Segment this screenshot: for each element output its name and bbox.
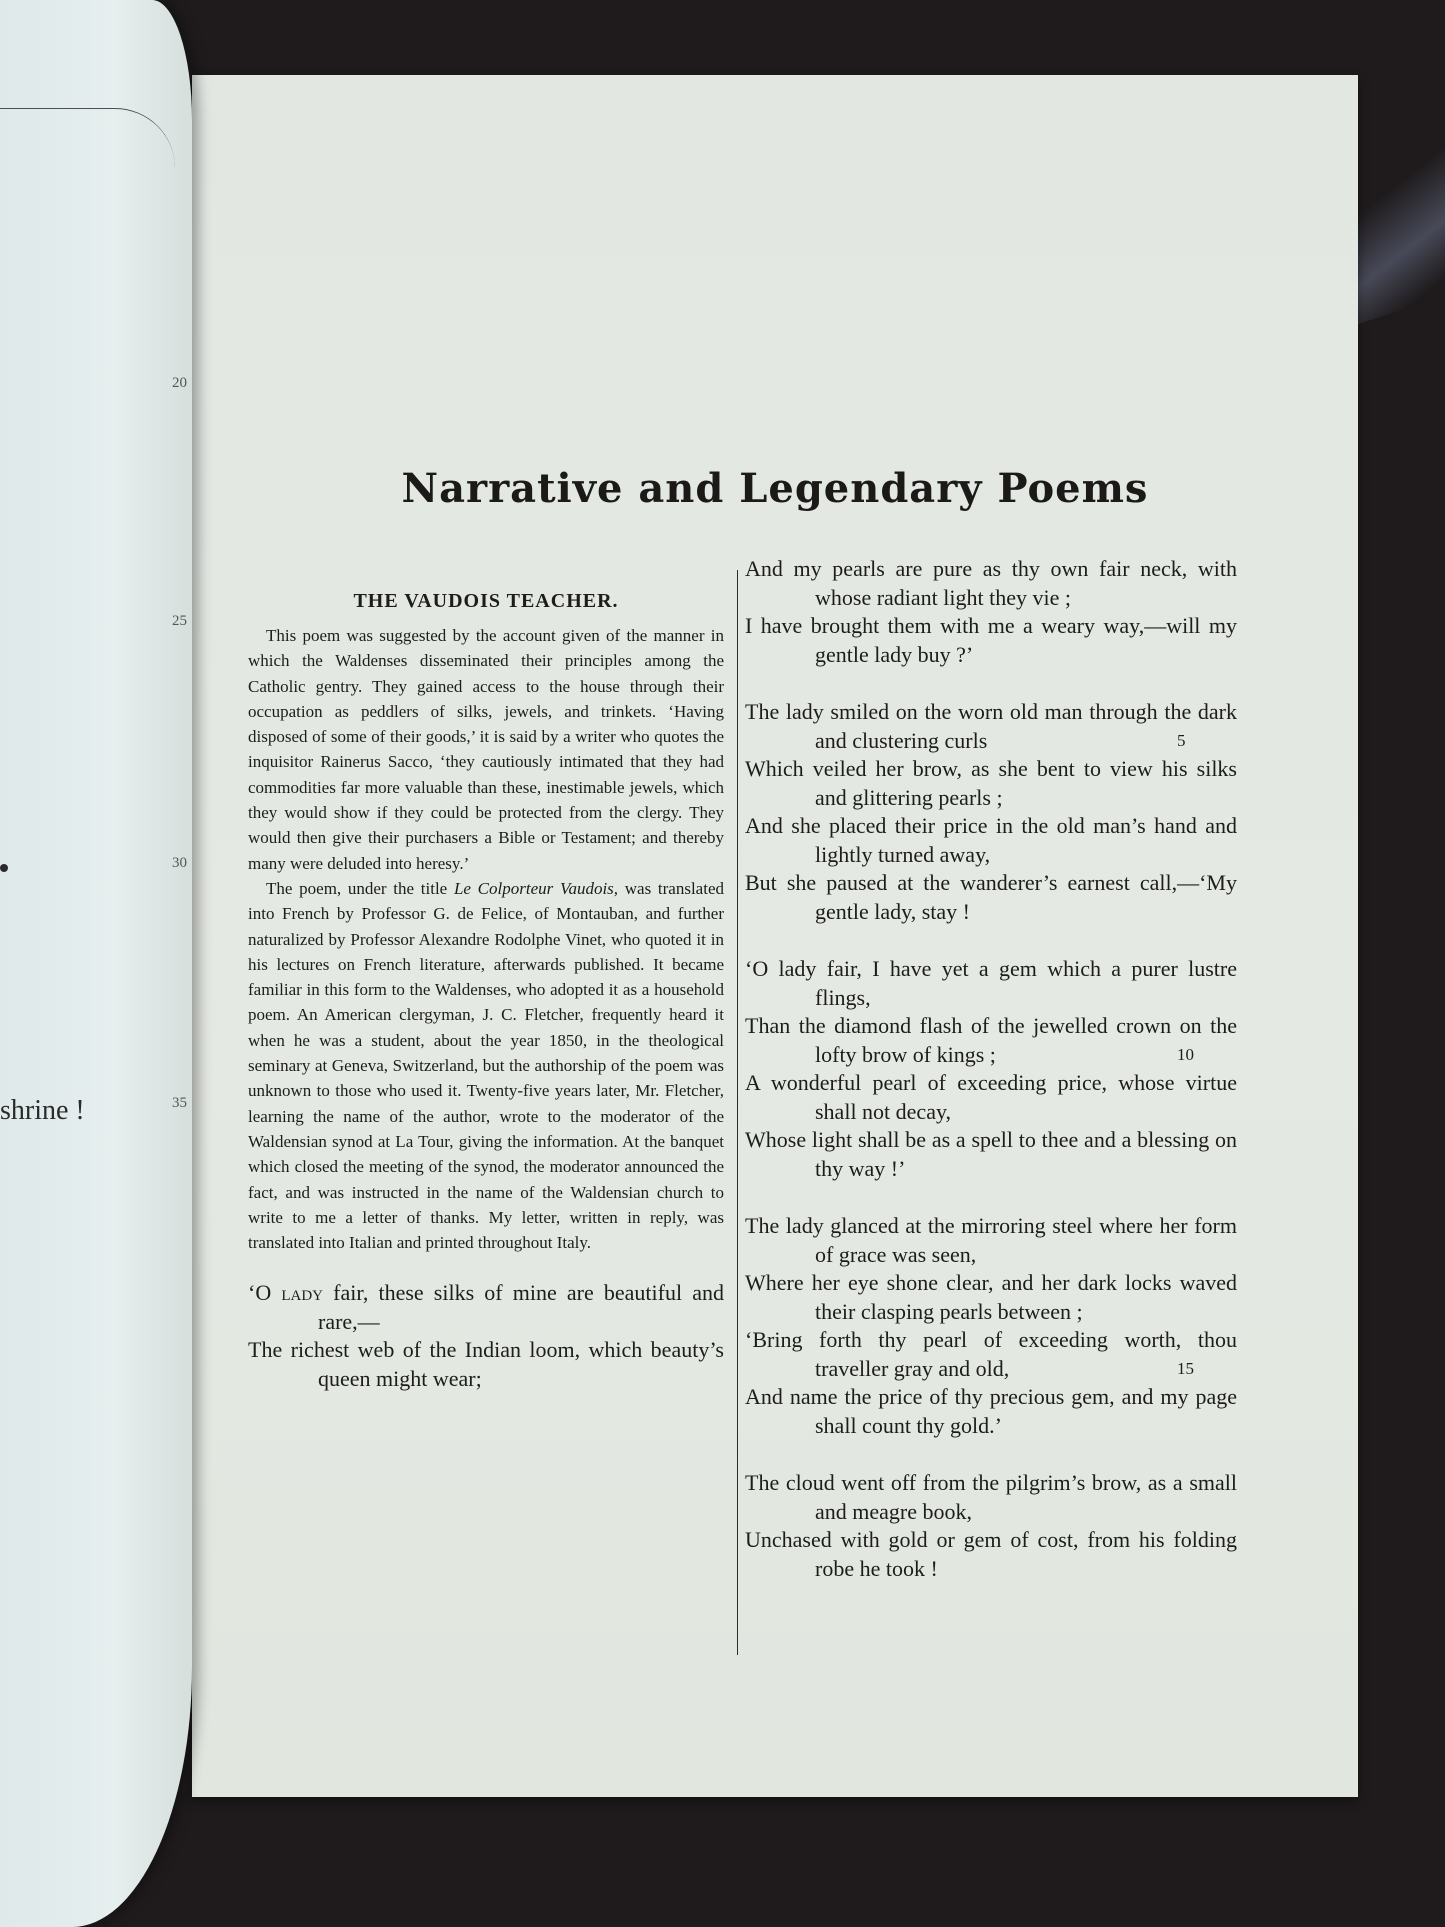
verse-stanza: The lady smiled on the worn old man thro… <box>745 698 1237 926</box>
verse-text: Unchased with gold or gem of cost, from … <box>745 1527 1237 1581</box>
verse-stanza: ‘O lady fair, these silks of mine are be… <box>248 1279 724 1393</box>
column-divider <box>737 570 738 1655</box>
italic-title: Le Colporteur Vaudois, <box>454 879 618 898</box>
verse-line: The lady glanced at the mirroring steel … <box>745 1212 1237 1269</box>
verse-text: The lady smiled on the worn old man thro… <box>745 699 1237 753</box>
verse-stanza: The lady glanced at the mirroring steel … <box>745 1212 1237 1440</box>
poem-title: THE VAUDOIS TEACHER. <box>248 590 724 613</box>
verse-text: Where her eye shone clear, and her dark … <box>745 1270 1237 1324</box>
page-rule <box>0 108 175 189</box>
verse-line: The cloud went off from the pilgrim’s br… <box>745 1469 1237 1526</box>
verse-text: ‘O <box>248 1280 281 1305</box>
verse-line: The lady smiled on the worn old man thro… <box>745 698 1237 755</box>
intro-text: The poem, under the title <box>266 879 454 898</box>
book-page: Narrative and Legendary Poems THE VAUDOI… <box>192 75 1358 1797</box>
verse-line: And she placed their price in the old ma… <box>745 812 1237 869</box>
verse-text: And she placed their price in the old ma… <box>745 813 1237 867</box>
verse-text: But she paused at the wanderer’s earnest… <box>745 870 1237 924</box>
verse-text: fair, these silks of mine are beautiful … <box>318 1280 724 1334</box>
verse-line: Unchased with gold or gem of cost, from … <box>745 1526 1237 1583</box>
verse-line: And name the price of thy precious gem, … <box>745 1383 1237 1440</box>
text-fragment: shrine ! <box>0 1095 85 1127</box>
verse-text: lady <box>281 1280 323 1305</box>
verse-text: The lady glanced at the mirroring steel … <box>745 1213 1237 1267</box>
verse-text: Than the diamond flash of the jewelled c… <box>745 1013 1237 1067</box>
line-number: 20 <box>172 375 187 392</box>
intro-paragraph: The poem, under the title Le Colporteur … <box>248 876 724 1255</box>
section-title: Narrative and Legendary Poems <box>192 465 1358 512</box>
verse-line: Whose light shall be as a spell to thee … <box>745 1126 1237 1183</box>
punctuation-mark <box>0 864 8 872</box>
verse-line: Than the diamond flash of the jewelled c… <box>745 1012 1237 1069</box>
verse-line: But she paused at the wanderer’s earnest… <box>745 869 1237 926</box>
verse-text: The cloud went off from the pilgrim’s br… <box>745 1470 1237 1524</box>
line-number: 35 <box>172 1095 187 1112</box>
line-number: 30 <box>172 855 187 872</box>
verse-line: ‘Bring forth thy pearl of exceeding wort… <box>745 1326 1237 1383</box>
left-facing-page: 20 25 30 35 shrine ! <box>0 0 192 1927</box>
intro-paragraph: This poem was suggested by the account g… <box>248 623 724 876</box>
verse-text: And name the price of thy precious gem, … <box>745 1384 1237 1438</box>
introductory-note: This poem was suggested by the account g… <box>248 623 724 1255</box>
left-column: THE VAUDOIS TEACHER. This poem was sugge… <box>248 590 724 1393</box>
verse-text: I have brought them with me a weary way,… <box>745 613 1237 667</box>
right-column: And my pearls are pure as thy own fair n… <box>745 555 1237 1612</box>
verse-line: Where her eye shone clear, and her dark … <box>745 1269 1237 1326</box>
verse-text: Which veiled her brow, as she bent to vi… <box>745 756 1237 810</box>
verse-text: ‘O lady fair, I have yet a gem which a p… <box>745 956 1237 1010</box>
verse-line: And my pearls are pure as thy own fair n… <box>745 555 1237 612</box>
verse-text: ‘Bring forth thy pearl of exceeding wort… <box>745 1327 1237 1381</box>
intro-text: was translated into French by Professor … <box>248 879 724 1252</box>
verse-line: ‘O lady fair, I have yet a gem which a p… <box>745 955 1237 1012</box>
verse-line: I have brought them with me a weary way,… <box>745 612 1237 669</box>
verse-text: And my pearls are pure as thy own fair n… <box>745 556 1237 610</box>
verse-stanza: ‘O lady fair, I have yet a gem which a p… <box>745 955 1237 1183</box>
verse-stanza: The cloud went off from the pilgrim’s br… <box>745 1469 1237 1583</box>
verse-stanza: And my pearls are pure as thy own fair n… <box>745 555 1237 669</box>
verse-line: A wonderful pearl of exceeding price, wh… <box>745 1069 1237 1126</box>
verse-text: A wonderful pearl of exceeding price, wh… <box>745 1070 1237 1124</box>
verse-line: ‘O lady fair, these silks of mine are be… <box>248 1279 724 1336</box>
verse-line: Which veiled her brow, as she bent to vi… <box>745 755 1237 812</box>
verse-text: Whose light shall be as a spell to thee … <box>745 1127 1237 1181</box>
line-number: 25 <box>172 613 187 630</box>
verse-line: The richest web of the Indian loom, whic… <box>248 1336 724 1393</box>
